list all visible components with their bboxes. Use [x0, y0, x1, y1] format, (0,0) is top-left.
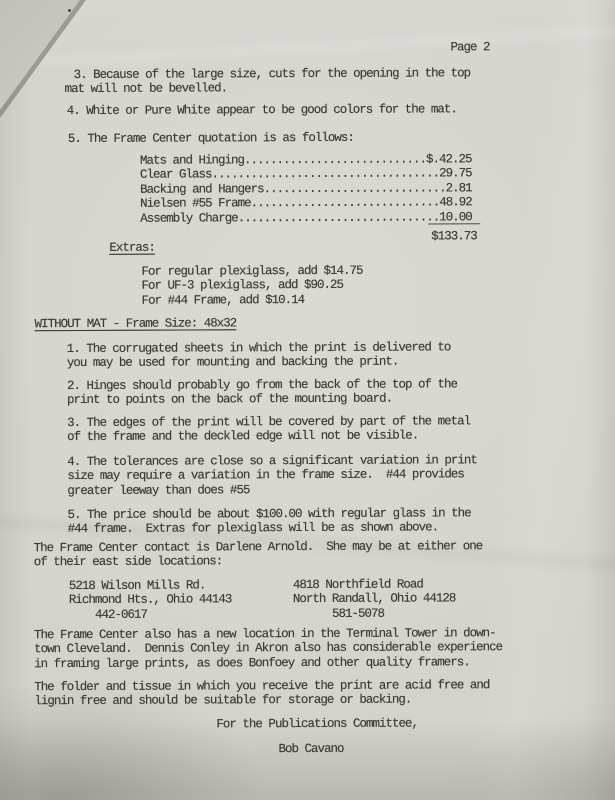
extras-list: For regular plexiglass, add $14.75For UF… — [141, 264, 362, 308]
text-line: Clear Glass.............................… — [140, 167, 472, 183]
document-photo: Page 2 3. Because of the large size, cut… — [0, 0, 615, 800]
without-mat-item-3: 3. The edges of the print will be covere… — [67, 414, 470, 445]
text-line: For #44 Frame, add $10.14 — [142, 293, 363, 308]
text-line: 5. The Frame Center quotation is as foll… — [68, 131, 354, 147]
location-east-side-1: 5218 Wilson Mills Rd.Richmond Hts., Ohio… — [69, 578, 232, 622]
location-east-side-2: 4818 Northfield RoadNorth Randall, Ohio … — [293, 577, 456, 621]
without-mat-item-4: 4. The tolerances are close so a signifi… — [67, 453, 477, 498]
signoff-committee: For the Publications Committee, — [216, 717, 418, 732]
text-line: in framing large prints, as does Bonfoey… — [34, 655, 502, 671]
text-line: 2. Hinges should probably go from the ba… — [67, 377, 457, 393]
text-line: 581-5078 — [293, 606, 456, 621]
text-line: The folder and tissue in which you recei… — [34, 678, 489, 694]
folder-tissue-paragraph: The folder and tissue in which you recei… — [34, 678, 489, 709]
text-line: print to points on the back of the mount… — [67, 392, 457, 408]
extras-heading: Extras: — [109, 241, 155, 256]
text-line: #44 frame. Extras for plexiglass will be… — [68, 521, 471, 537]
page-number: Page 2 — [450, 40, 489, 55]
without-mat-item-5: 5. The price should be about $100.00 wit… — [67, 506, 470, 537]
without-mat-item-2: 2. Hinges should probably go from the ba… — [67, 377, 457, 408]
quotation-total: $133.73 — [431, 223, 480, 244]
text-line: of their east side locations: — [34, 554, 483, 570]
text-line: Mats and Hinging........................… — [140, 152, 472, 168]
paragraph-item-5: 5. The Frame Center quotation is as foll… — [68, 131, 354, 147]
text-line: 5218 Wilson Mills Rd. — [69, 578, 232, 593]
text-line: 3. Because of the large size, cuts for t… — [65, 66, 471, 82]
typewritten-content: Page 2 3. Because of the large size, cut… — [0, 0, 615, 800]
text-line: 4818 Northfield Road — [293, 577, 456, 592]
text-line: Backing and Hangers.....................… — [140, 181, 472, 197]
text-line: Nielsen #55 Frame.......................… — [140, 196, 472, 212]
text-line: 442-0617 — [69, 607, 232, 622]
text-line: The Frame Center contact is Darlene Arno… — [34, 539, 483, 555]
text-line: 4. White or Pure White appear to be good… — [67, 102, 457, 118]
text-line: For regular plexiglass, add $14.75 — [141, 264, 362, 279]
text-line: lignin free and should be suitable for s… — [34, 693, 489, 709]
text-line: North Randall, Ohio 44128 — [293, 592, 456, 607]
signoff-name: Bob Cavano — [278, 742, 343, 757]
text-line: size may require a variation in the fram… — [67, 468, 477, 484]
text-line: mat will not be bevelled. — [65, 81, 471, 97]
paragraph-item-3: 3. Because of the large size, cuts for t… — [65, 66, 471, 97]
quotation-price-list: Mats and Hinging........................… — [140, 152, 472, 225]
text-line: greater leeway than does #55 — [67, 482, 477, 498]
without-mat-item-1: 1. The corrugated sheets in which the pr… — [67, 340, 451, 370]
contact-paragraph: The Frame Center contact is Darlene Arno… — [34, 539, 483, 570]
text-line: of the frame and the deckled edge will n… — [67, 429, 470, 445]
paragraph-item-4: 4. White or Pure White appear to be good… — [67, 102, 457, 118]
downtown-paragraph: The Frame Center also has a new location… — [34, 626, 502, 671]
text-line: Richmond Hts., Ohio 44143 — [69, 593, 232, 608]
text-line: you may be used for mounting and backing… — [67, 355, 451, 371]
text-line: For UF-3 plexiglass, add $90.25 — [141, 278, 362, 293]
quotation-total-amount: $133.73 — [428, 223, 480, 244]
without-mat-heading: WITHOUT MAT - Frame Size: 48x32 — [35, 316, 237, 331]
text-line: Assembly Charge.........................… — [140, 210, 472, 226]
